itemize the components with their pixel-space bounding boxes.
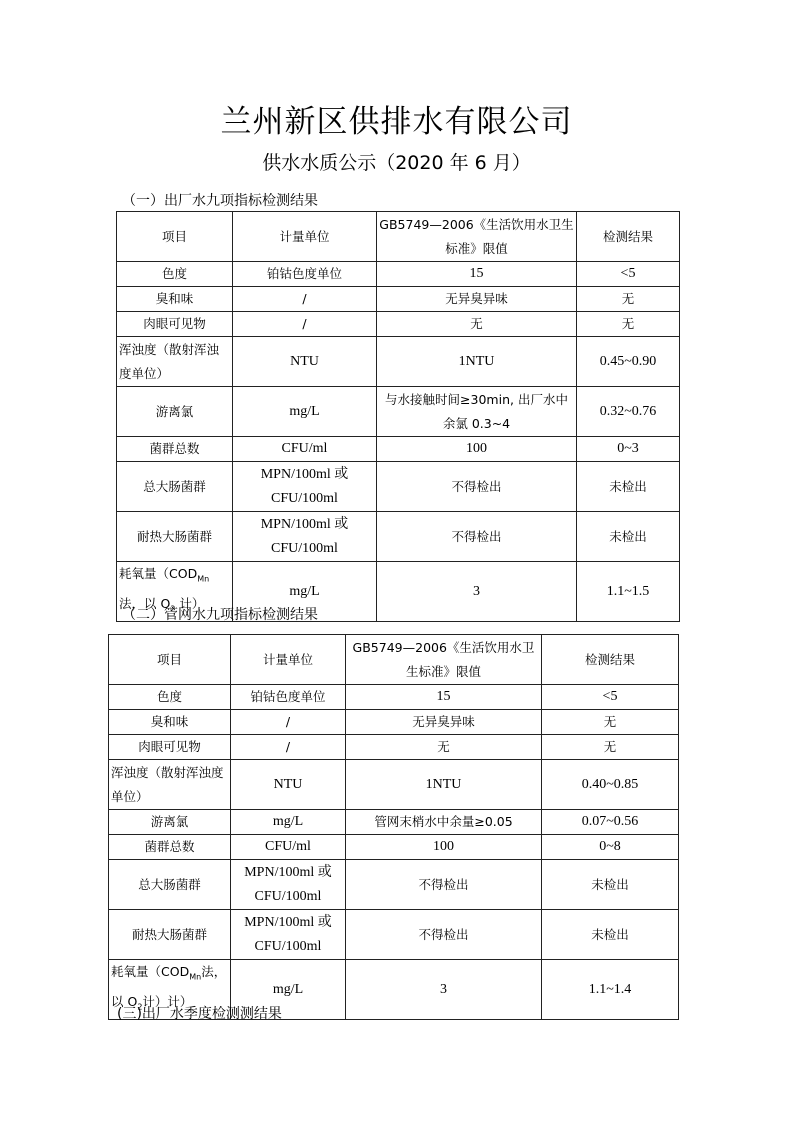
cell-limit: 不得检出 (346, 910, 542, 960)
cell-item: 浑浊度（散射浑浊度单位） (109, 760, 231, 810)
cell-result: 无 (542, 710, 679, 735)
table-row: 总大肠菌群 MPN/100ml 或 CFU/100ml 不得检出 未检出 (109, 860, 679, 910)
table-row: 臭和味 / 无异臭异味 无 (117, 287, 680, 312)
cell-result: 未检出 (542, 910, 679, 960)
cell-limit: 无异臭异味 (377, 287, 577, 312)
cell-result: 无 (542, 735, 679, 760)
table-header-row: 项目 计量单位 GB5749—2006《生活饮用水卫生标准》限值 检测结果 (109, 635, 679, 685)
cell-item: 肉眼可见物 (109, 735, 231, 760)
cell-result: 无 (577, 312, 680, 337)
cell-unit: CFU/ml (231, 835, 346, 860)
cell-result: 未检出 (542, 860, 679, 910)
cell-item: 肉眼可见物 (117, 312, 233, 337)
table-row: 浑浊度（散射浑浊度单位） NTU 1NTU 0.40~0.85 (109, 760, 679, 810)
cell-result: 0.40~0.85 (542, 760, 679, 810)
table-row: 总大肠菌群 MPN/100ml 或 CFU/100ml 不得检出 未检出 (117, 462, 680, 512)
header-item: 项目 (117, 212, 233, 262)
cell-result: 1.1~1.5 (577, 562, 680, 622)
cell-item: 臭和味 (109, 710, 231, 735)
cell-item: 色度 (117, 262, 233, 287)
cell-result: 0~8 (542, 835, 679, 860)
cell-limit: 3 (346, 960, 542, 1020)
cell-unit: MPN/100ml 或 CFU/100ml (231, 910, 346, 960)
cell-item: 游离氯 (117, 387, 233, 437)
document-title: 兰州新区供排水有限公司 (0, 96, 793, 141)
cell-unit: mg/L (231, 810, 346, 835)
cell-item: 总大肠菌群 (117, 462, 233, 512)
table-header-row: 项目 计量单位 GB5749—2006《生活饮用水卫生标准》限值 检测结果 (117, 212, 680, 262)
table-row: 菌群总数 CFU/ml 100 0~8 (109, 835, 679, 860)
header-result: 检测结果 (542, 635, 679, 685)
cell-item: 浑浊度（散射浑浊度单位） (117, 337, 233, 387)
cell-limit: 100 (377, 437, 577, 462)
header-limit: GB5749—2006《生活饮用水卫生标准》限值 (377, 212, 577, 262)
cell-limit: 与水接触时间≥30min, 出厂水中余氯 0.3~4 (377, 387, 577, 437)
cell-limit: 不得检出 (377, 512, 577, 562)
cell-item: 总大肠菌群 (109, 860, 231, 910)
cell-result: <5 (577, 262, 680, 287)
cell-unit: CFU/ml (233, 437, 377, 462)
cell-unit: 铂钴色度单位 (231, 685, 346, 710)
cell-unit: NTU (233, 337, 377, 387)
cell-result: 未检出 (577, 462, 680, 512)
header-unit: 计量单位 (231, 635, 346, 685)
header-limit: GB5749—2006《生活饮用水卫生标准》限值 (346, 635, 542, 685)
table-row: 色度 铂钴色度单位 15 <5 (117, 262, 680, 287)
cell-unit: / (231, 710, 346, 735)
section-heading-network-water: （二）管网水九项指标检测结果 (122, 604, 318, 624)
cell-unit: MPN/100ml 或 CFU/100ml (231, 860, 346, 910)
cell-unit: / (231, 735, 346, 760)
section-heading-factory-water: （一）出厂水九项指标检测结果 (122, 190, 318, 210)
cell-limit: 1NTU (346, 760, 542, 810)
cell-item: 耐热大肠菌群 (117, 512, 233, 562)
cell-limit: 不得检出 (377, 462, 577, 512)
table-row: 耐热大肠菌群 MPN/100ml 或 CFU/100ml 不得检出 未检出 (117, 512, 680, 562)
cell-limit: 不得检出 (346, 860, 542, 910)
table-row: 浑浊度（散射浑浊度单位） NTU 1NTU 0.45~0.90 (117, 337, 680, 387)
cell-unit: 铂钴色度单位 (233, 262, 377, 287)
table-row: 肉眼可见物 / 无 无 (109, 735, 679, 760)
cell-unit: / (233, 287, 377, 312)
table-row: 色度 铂钴色度单位 15 <5 (109, 685, 679, 710)
table-row: 臭和味 / 无异臭异味 无 (109, 710, 679, 735)
cell-result: 0.32~0.76 (577, 387, 680, 437)
cell-item: 游离氯 (109, 810, 231, 835)
cell-unit: NTU (231, 760, 346, 810)
cell-limit: 100 (346, 835, 542, 860)
header-item: 项目 (109, 635, 231, 685)
cell-limit: 3 (377, 562, 577, 622)
cell-limit: 无异臭异味 (346, 710, 542, 735)
cell-result: <5 (542, 685, 679, 710)
cell-limit: 无 (346, 735, 542, 760)
cell-unit: MPN/100ml 或 CFU/100ml (233, 512, 377, 562)
cell-result: 未检出 (577, 512, 680, 562)
header-unit: 计量单位 (233, 212, 377, 262)
cell-item: 色度 (109, 685, 231, 710)
cell-limit: 1NTU (377, 337, 577, 387)
network-water-results-table: 项目 计量单位 GB5749—2006《生活饮用水卫生标准》限值 检测结果 色度… (108, 634, 679, 1020)
section-heading-quarterly: (三)出厂水季度检测测结果 (117, 1003, 282, 1023)
cell-unit: / (233, 312, 377, 337)
header-result: 检测结果 (577, 212, 680, 262)
cell-limit: 管网末梢水中余量≥0.05 (346, 810, 542, 835)
table-row: 游离氯 mg/L 管网末梢水中余量≥0.05 0.07~0.56 (109, 810, 679, 835)
factory-water-results-table: 项目 计量单位 GB5749—2006《生活饮用水卫生标准》限值 检测结果 色度… (116, 211, 680, 622)
table-row: 菌群总数 CFU/ml 100 0~3 (117, 437, 680, 462)
table-row: 耐热大肠菌群 MPN/100ml 或 CFU/100ml 不得检出 未检出 (109, 910, 679, 960)
table-row: 游离氯 mg/L 与水接触时间≥30min, 出厂水中余氯 0.3~4 0.32… (117, 387, 680, 437)
cell-result: 无 (577, 287, 680, 312)
cell-unit: MPN/100ml 或 CFU/100ml (233, 462, 377, 512)
cell-item: 耐热大肠菌群 (109, 910, 231, 960)
cell-result: 0.07~0.56 (542, 810, 679, 835)
cell-limit: 15 (346, 685, 542, 710)
cell-unit: mg/L (233, 387, 377, 437)
cell-item: 菌群总数 (117, 437, 233, 462)
cell-result: 1.1~1.4 (542, 960, 679, 1020)
cell-item: 臭和味 (117, 287, 233, 312)
cell-limit: 15 (377, 262, 577, 287)
document-subtitle: 供水水质公示（2020 年 6 月） (0, 148, 793, 175)
cell-limit: 无 (377, 312, 577, 337)
table-row: 肉眼可见物 / 无 无 (117, 312, 680, 337)
cell-result: 0~3 (577, 437, 680, 462)
cell-item: 菌群总数 (109, 835, 231, 860)
cell-result: 0.45~0.90 (577, 337, 680, 387)
